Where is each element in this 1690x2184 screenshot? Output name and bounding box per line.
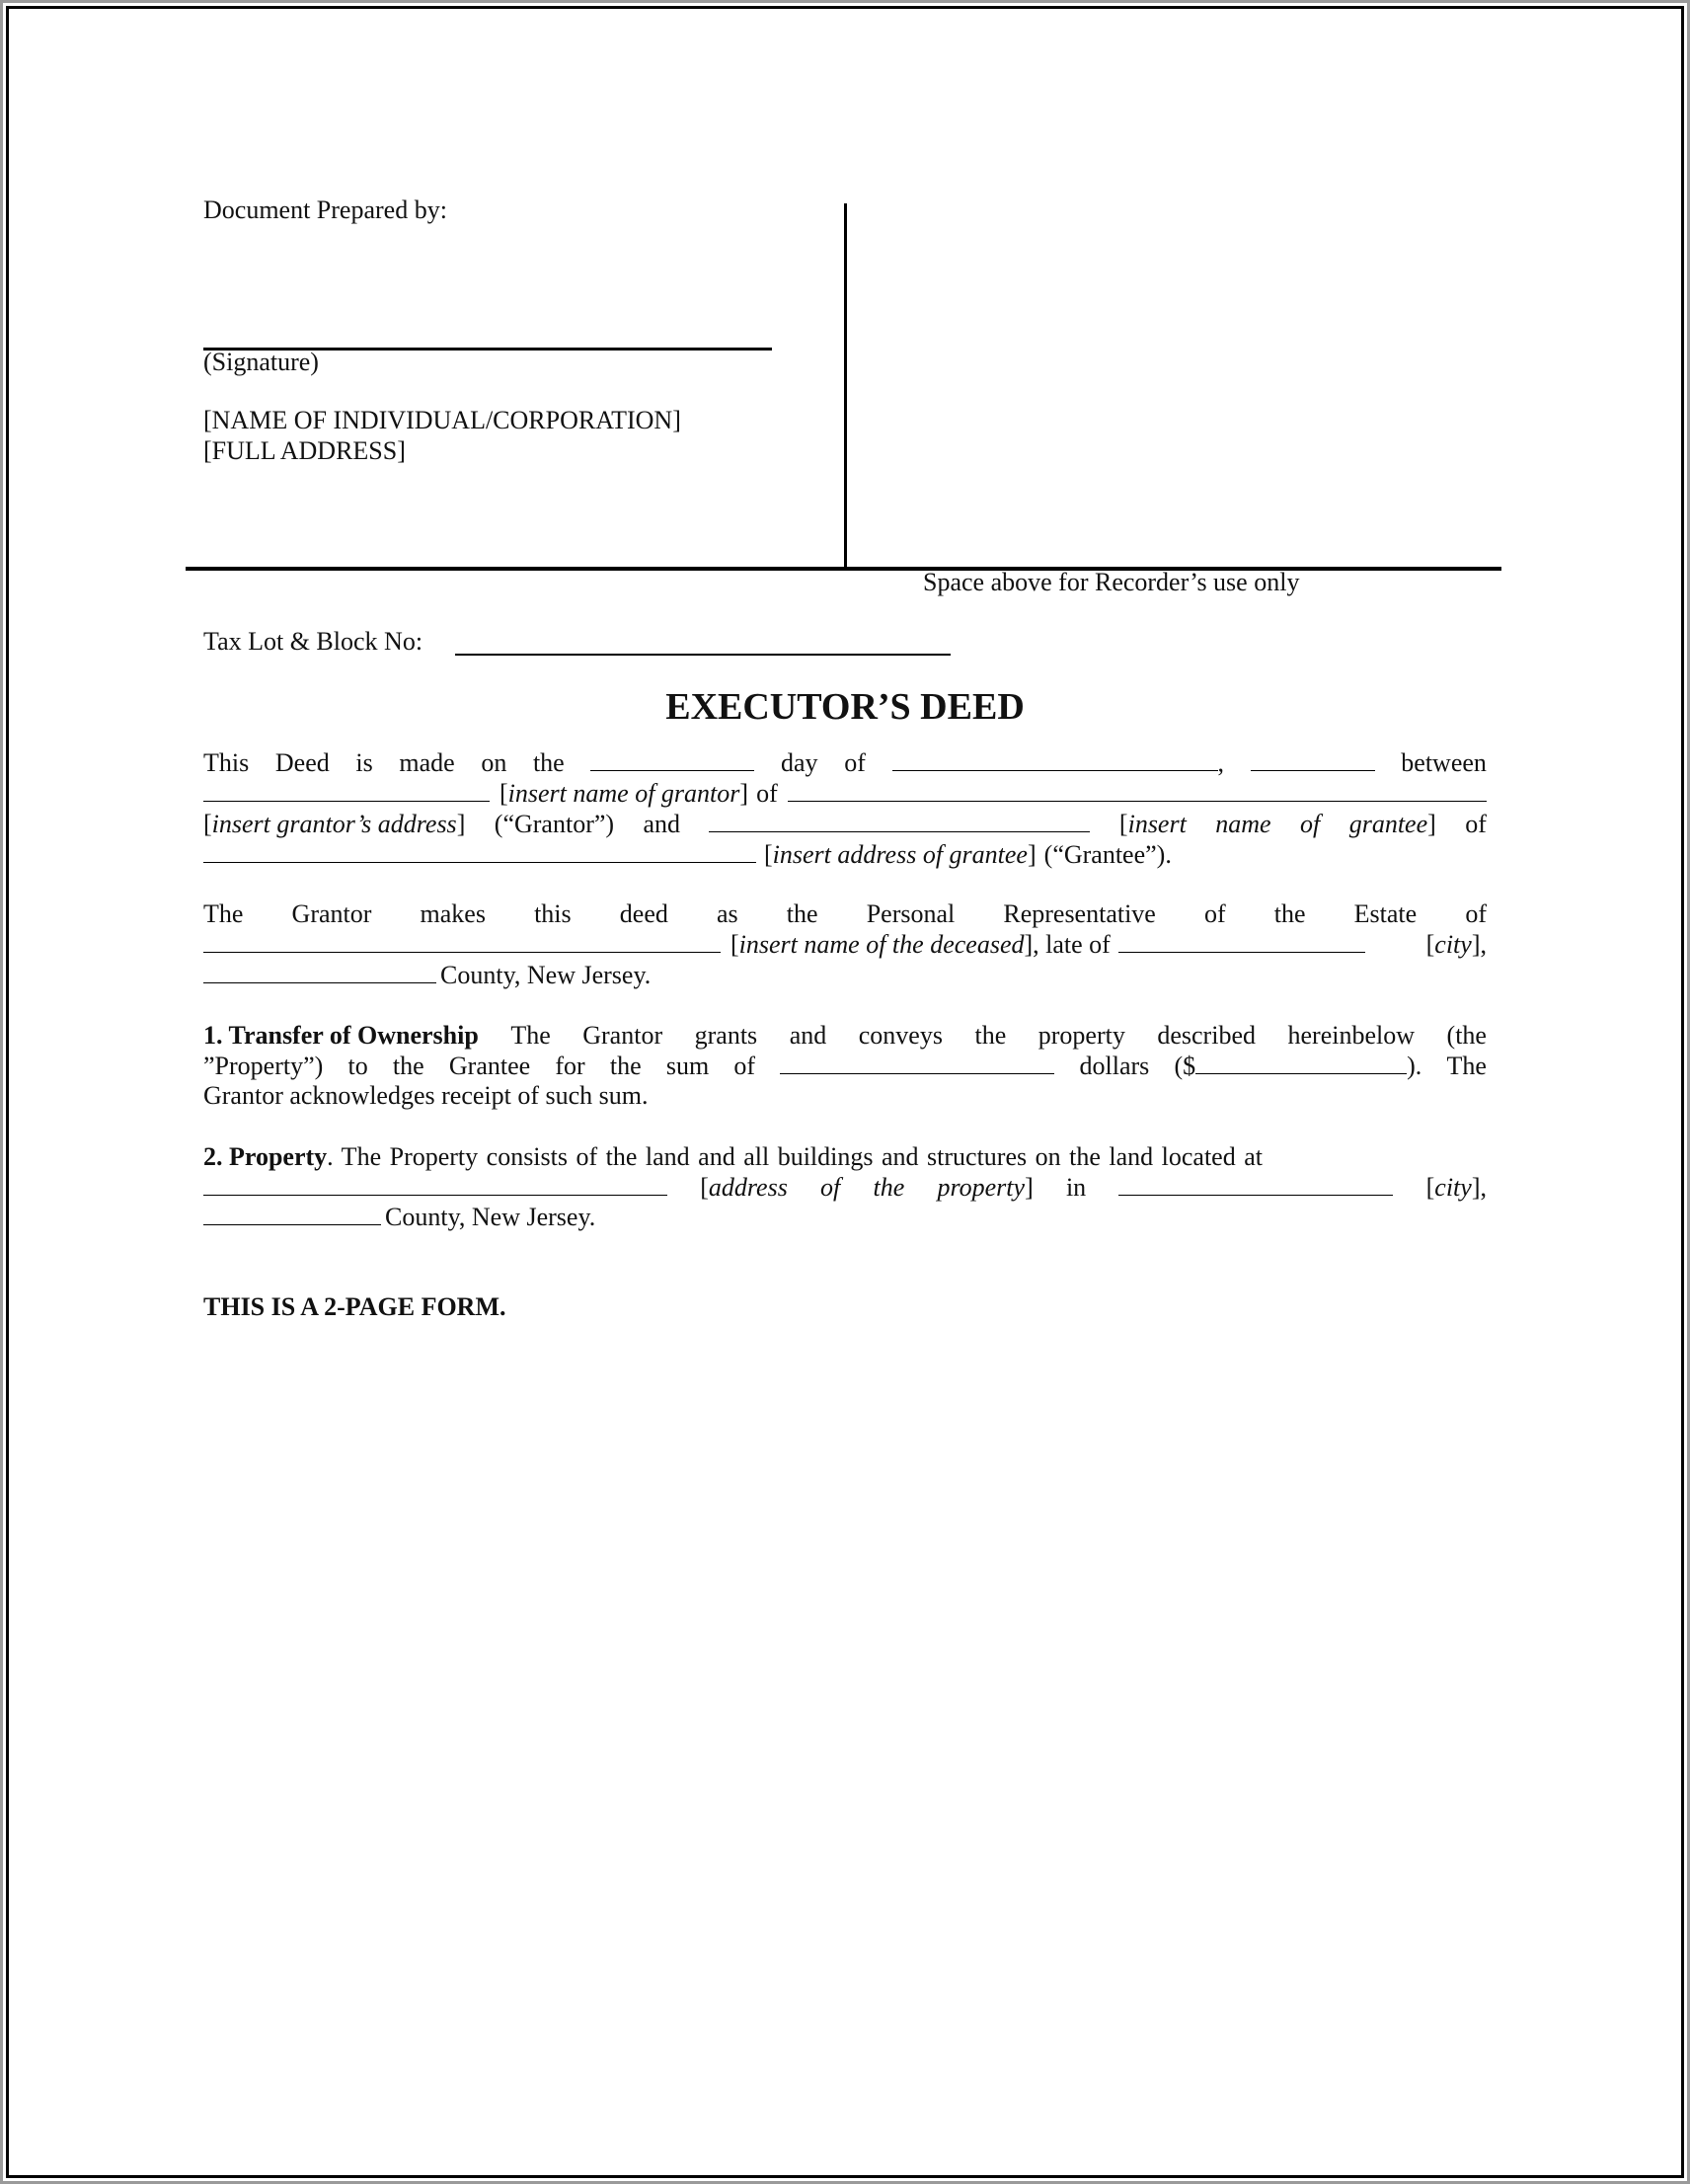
para4-line3: County, New Jersey.: [203, 1202, 1487, 1232]
text: of: [820, 1172, 840, 1203]
two-page-notice: THIS IS A 2-PAGE FORM.: [203, 1291, 506, 1322]
para3-line2: ”Property”) to the Grantee for the sum o…: [203, 1051, 1487, 1081]
para3-line1: 1. Transfer of Ownership The Grantor gra…: [203, 1020, 1487, 1051]
text: makes: [421, 898, 486, 929]
text: Personal: [867, 898, 956, 929]
para1-line2: [insert name of grantor] of: [203, 778, 1487, 809]
document-title: EXECUTOR’S DEED: [0, 685, 1690, 729]
city-hint: city: [1434, 1173, 1472, 1202]
text: the: [874, 1172, 905, 1203]
grantor-name-hint: insert name of grantor: [508, 779, 740, 808]
grantor-address-hint: insert grantor’s address: [212, 810, 457, 838]
text: the: [1274, 898, 1306, 929]
text: Deed: [275, 747, 330, 778]
deceased-city-field[interactable]: [1118, 930, 1365, 953]
text: name: [1215, 809, 1270, 839]
month-field[interactable]: [892, 748, 1218, 771]
year-field[interactable]: [1251, 748, 1375, 771]
text: this: [534, 898, 572, 929]
text: hereinbelow: [1288, 1020, 1416, 1051]
text: day: [781, 747, 818, 778]
tax-lot-field[interactable]: [455, 654, 951, 656]
text: the: [533, 747, 565, 778]
text: the: [787, 898, 818, 929]
text: . The Property consists of the land and …: [327, 1141, 1263, 1172]
text: Representative: [1003, 898, 1156, 929]
city-hint: city: [1434, 930, 1472, 959]
prepared-by-label: Document Prepared by:: [203, 195, 447, 225]
text: of: [1465, 898, 1487, 929]
text: ($: [1174, 1051, 1195, 1081]
para2-line3: County, New Jersey.: [203, 960, 1487, 990]
para1-line4: [insert address of grantee] (“Grantee”).: [203, 839, 1487, 870]
text: The: [1447, 1051, 1487, 1081]
text: as: [717, 898, 738, 929]
grantee-address-field[interactable]: [203, 840, 756, 863]
text: grants: [695, 1020, 758, 1051]
text: between: [1401, 747, 1487, 778]
text: made: [399, 747, 454, 778]
para4-line1: 2. Property. The Property consists of th…: [203, 1141, 1487, 1172]
text: Estate: [1354, 898, 1418, 929]
text: described: [1157, 1020, 1256, 1051]
para4-line2: [address of the property] in [city],: [203, 1172, 1487, 1203]
address-placeholder: [FULL ADDRESS]: [203, 435, 406, 466]
text: (“Grantee”).: [1044, 839, 1172, 870]
text: for: [555, 1051, 584, 1081]
para2-line1: The Grantor makes this deed as the Perso…: [203, 898, 1487, 929]
signature-label: (Signature): [203, 347, 319, 377]
section-heading: 1. Transfer of Ownership: [203, 1020, 479, 1051]
text: to: [347, 1051, 367, 1081]
para1-line3: [insert grantor’s address] (“Grantor”) a…: [203, 809, 1487, 839]
text: of: [1465, 809, 1487, 839]
text: The: [203, 898, 243, 929]
text: This: [203, 747, 249, 778]
text: and: [790, 1020, 827, 1051]
para1-line1: This Deed is made on the day of , betwee…: [203, 747, 1487, 778]
day-field[interactable]: [590, 748, 754, 771]
section-heading: 2. Property: [203, 1141, 327, 1172]
property-address-field[interactable]: [203, 1173, 667, 1196]
text: Grantor: [292, 898, 372, 929]
text: the: [393, 1051, 424, 1081]
text: conveys: [859, 1020, 943, 1051]
text: insert: [1128, 810, 1187, 838]
recorder-rule: [186, 567, 1501, 571]
text: the: [974, 1020, 1006, 1051]
text: ”Property”): [203, 1051, 323, 1081]
para3-line3: Grantor acknowledges receipt of such sum…: [203, 1080, 1487, 1111]
text: grantee: [1349, 810, 1427, 838]
grantor-name-field[interactable]: [203, 779, 490, 802]
text: Grantor acknowledges receipt of such sum…: [203, 1080, 649, 1111]
sum-words-field[interactable]: [780, 1052, 1054, 1074]
tax-lot-label: Tax Lot & Block No:: [203, 626, 422, 657]
text: ).: [1407, 1051, 1421, 1081]
text: on: [481, 747, 506, 778]
deceased-name-field[interactable]: [203, 930, 721, 953]
text: address: [709, 1173, 788, 1202]
text: in: [1066, 1172, 1086, 1203]
text: deed: [620, 898, 668, 929]
text: , late of: [1033, 929, 1111, 960]
text: of: [1300, 809, 1320, 839]
text: of: [1204, 898, 1226, 929]
text: and: [644, 809, 681, 839]
text: property: [1038, 1020, 1125, 1051]
text: Grantee: [449, 1051, 530, 1081]
text: of: [756, 778, 778, 809]
text: County, New Jersey.: [385, 1202, 595, 1232]
property-city-field[interactable]: [1118, 1173, 1393, 1196]
text: Grantor: [582, 1020, 662, 1051]
text: County, New Jersey.: [440, 960, 651, 990]
text: The: [510, 1020, 550, 1051]
text: of: [733, 1051, 755, 1081]
grantee-name-field[interactable]: [709, 810, 1090, 832]
sum-amount-field[interactable]: [1195, 1052, 1407, 1074]
text: ,: [1218, 747, 1225, 778]
text: of: [844, 747, 866, 778]
deceased-county-field[interactable]: [203, 961, 436, 983]
recorder-divider: [844, 203, 847, 569]
grantor-address-field[interactable]: [788, 779, 1487, 802]
text: property: [937, 1173, 1025, 1202]
text: (the: [1447, 1020, 1487, 1051]
recorder-note: Space above for Recorder’s use only: [923, 567, 1299, 597]
text: the: [610, 1051, 642, 1081]
para2-line2: [insert name of the deceased] , late of …: [203, 929, 1487, 960]
text: (“Grantor”): [495, 809, 614, 839]
text: sum: [666, 1051, 709, 1081]
property-county-field[interactable]: [203, 1203, 381, 1225]
name-placeholder: [NAME OF INDIVIDUAL/CORPORATION]: [203, 405, 681, 435]
deceased-hint: insert name of the deceased: [739, 930, 1025, 959]
grantee-address-hint: insert address of grantee: [773, 840, 1028, 869]
text: is: [355, 747, 372, 778]
text: dollars: [1080, 1051, 1150, 1081]
